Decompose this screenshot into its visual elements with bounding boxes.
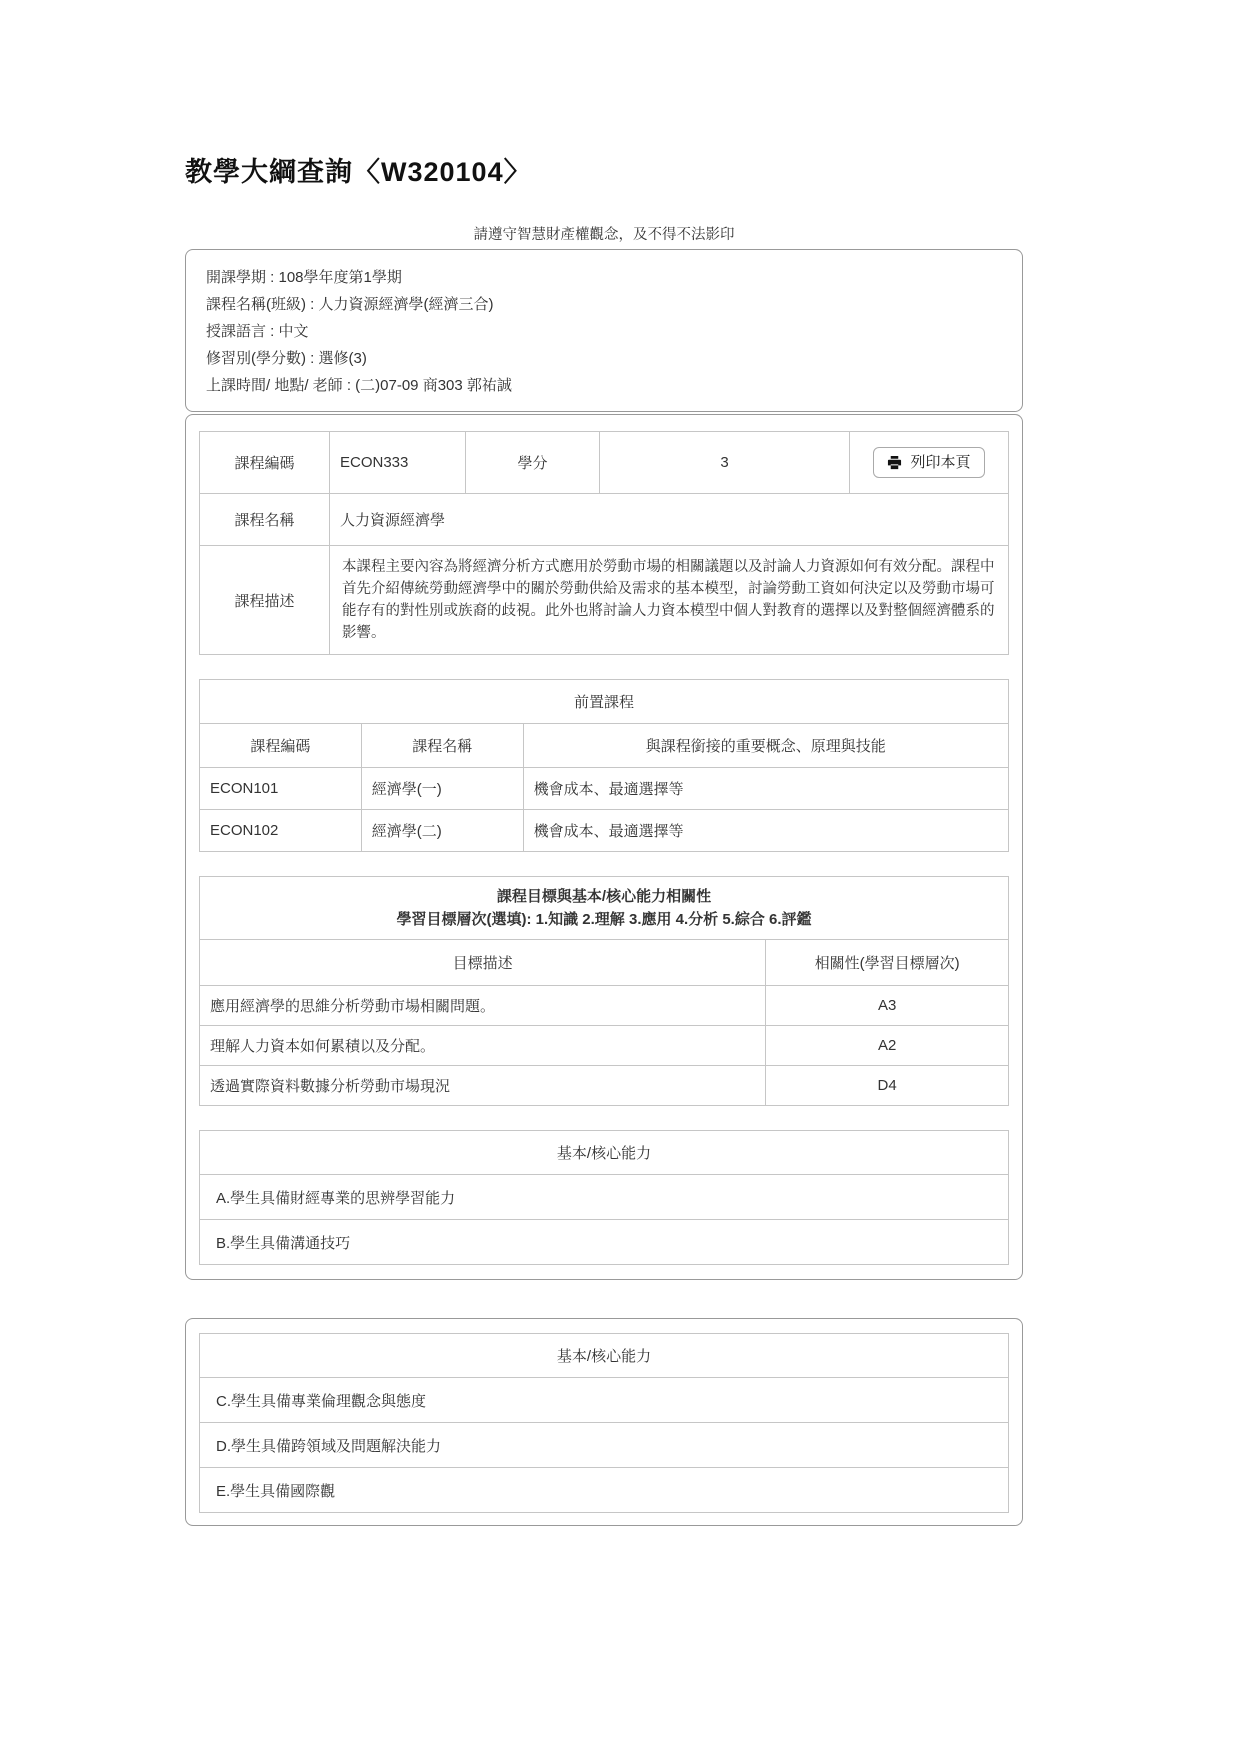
objectives-header-desc: 目標描述 — [200, 940, 766, 986]
spacer — [199, 852, 1009, 876]
table-row: 透過實際資料數據分析勞動市場現況 D4 — [200, 1066, 1009, 1106]
table-row: C.學生具備專業倫理觀念與態度 — [200, 1378, 1009, 1423]
prereq-code: ECON101 — [200, 768, 362, 810]
info-semester: 開課學期 : 108學年度第1學期 — [206, 264, 1002, 291]
prerequisites-table: 前置課程 課程編碼 課程名稱 與課程銜接的重要概念、原理與技能 ECON101 … — [199, 679, 1009, 852]
core-ability-item: B.學生具備溝通技巧 — [200, 1220, 1009, 1265]
course-code-value: ECON333 — [330, 432, 466, 494]
spacer — [199, 1106, 1009, 1130]
table-row: D.學生具備跨領域及問題解決能力 — [200, 1423, 1009, 1468]
course-name-value: 人力資源經濟學 — [330, 494, 1009, 546]
prereq-name: 經濟學(二) — [361, 810, 523, 852]
info-time-place-teacher: 上課時間/ 地點/ 老師 : (二)07-09 商303 郭祐誠 — [206, 372, 1002, 399]
table-row: 目標描述 相關性(學習目標層次) — [200, 940, 1009, 986]
course-desc-label: 課程描述 — [200, 546, 330, 655]
core-ability-item: A.學生具備財經專業的思辨學習能力 — [200, 1175, 1009, 1220]
objectives-title-cell: 課程目標與基本/核心能力相關性 學習目標層次(選填): 1.知識 2.理解 3.… — [200, 877, 1009, 940]
table-row: 課程編碼 課程名稱 與課程銜接的重要概念、原理與技能 — [200, 724, 1009, 768]
page-title: 教學大綱查詢〈W320104〉 — [185, 150, 532, 189]
table-row: 課程名稱 人力資源經濟學 — [200, 494, 1009, 546]
table-row: 課程描述 本課程主要內容為將經濟分析方式應用於勞動市場的相關議題以及討論人力資源… — [200, 546, 1009, 655]
info-language: 授課語言 : 中文 — [206, 318, 1002, 345]
course-desc-value: 本課程主要內容為將經濟分析方式應用於勞動市場的相關議題以及討論人力資源如何有效分… — [330, 546, 1009, 655]
objective-desc: 透過實際資料數據分析勞動市場現況 — [200, 1066, 766, 1106]
table-row: A.學生具備財經專業的思辨學習能力 — [200, 1175, 1009, 1220]
core-abilities-table-2: 基本/核心能力 C.學生具備專業倫理觀念與態度 D.學生具備跨領域及問題解決能力… — [199, 1333, 1009, 1513]
table-row: E.學生具備國際觀 — [200, 1468, 1009, 1513]
table-row: 理解人力資本如何累積以及分配。 A2 — [200, 1026, 1009, 1066]
table-row: 課程編碼 ECON333 學分 3 列印本頁 — [200, 432, 1009, 494]
course-code-label: 課程編碼 — [200, 432, 330, 494]
table-row: 應用經濟學的思維分析勞動市場相關問題。 A3 — [200, 986, 1009, 1026]
objectives-table: 課程目標與基本/核心能力相關性 學習目標層次(選填): 1.知識 2.理解 3.… — [199, 876, 1009, 1106]
table-row: B.學生具備溝通技巧 — [200, 1220, 1009, 1265]
table-row: 前置課程 — [200, 680, 1009, 724]
prereq-name: 經濟學(一) — [361, 768, 523, 810]
credits-value: 3 — [600, 432, 850, 494]
print-button-label: 列印本頁 — [910, 455, 970, 470]
objective-level: A2 — [766, 1026, 1009, 1066]
print-cell: 列印本頁 — [850, 432, 1009, 494]
table-row: 基本/核心能力 — [200, 1334, 1009, 1378]
spacer — [199, 655, 1009, 679]
prereq-code: ECON102 — [200, 810, 362, 852]
copyright-notice: 請遵守智慧財產權觀念，及不得不法影印 — [185, 223, 1023, 244]
core-ability-item: D.學生具備跨領域及問題解決能力 — [200, 1423, 1009, 1468]
prereq-header-name: 課程名稱 — [361, 724, 523, 768]
course-basic-table: 課程編碼 ECON333 學分 3 列印本頁 課程名稱 人力資源經濟學 課程描述… — [199, 431, 1009, 655]
objectives-title: 課程目標與基本/核心能力相關性 — [210, 885, 998, 908]
table-row: ECON101 經濟學(一) 機會成本、最適選擇等 — [200, 768, 1009, 810]
prerequisites-title: 前置課程 — [200, 680, 1009, 724]
core-abilities-title: 基本/核心能力 — [200, 1334, 1009, 1378]
core-abilities-title: 基本/核心能力 — [200, 1131, 1009, 1175]
objective-desc: 應用經濟學的思維分析勞動市場相關問題。 — [200, 986, 766, 1026]
objective-desc: 理解人力資本如何累積以及分配。 — [200, 1026, 766, 1066]
core-abilities-box-2: 基本/核心能力 C.學生具備專業倫理觀念與態度 D.學生具備跨領域及問題解決能力… — [185, 1318, 1023, 1526]
objective-level: A3 — [766, 986, 1009, 1026]
table-row: 課程目標與基本/核心能力相關性 學習目標層次(選填): 1.知識 2.理解 3.… — [200, 877, 1009, 940]
table-row: ECON102 經濟學(二) 機會成本、最適選擇等 — [200, 810, 1009, 852]
core-abilities-table-1: 基本/核心能力 A.學生具備財經專業的思辨學習能力 B.學生具備溝通技巧 — [199, 1130, 1009, 1265]
prereq-header-code: 課程編碼 — [200, 724, 362, 768]
table-row: 基本/核心能力 — [200, 1131, 1009, 1175]
credits-label: 學分 — [466, 432, 600, 494]
course-summary-box: 開課學期 : 108學年度第1學期 課程名稱(班級) : 人力資源經濟學(經濟三… — [185, 249, 1023, 412]
objectives-header-rel: 相關性(學習目標層次) — [766, 940, 1009, 986]
objectives-subtitle: 學習目標層次(選填): 1.知識 2.理解 3.應用 4.分析 5.綜合 6.評… — [210, 908, 998, 931]
print-page-button[interactable]: 列印本頁 — [873, 447, 984, 478]
prereq-header-concepts: 與課程銜接的重要概念、原理與技能 — [523, 724, 1008, 768]
info-course-name-class: 課程名稱(班級) : 人力資源經濟學(經濟三合) — [206, 291, 1002, 318]
course-name-label: 課程名稱 — [200, 494, 330, 546]
syllabus-detail-box: 課程編碼 ECON333 學分 3 列印本頁 課程名稱 人力資源經濟學 課程描述… — [185, 414, 1023, 1280]
core-ability-item: E.學生具備國際觀 — [200, 1468, 1009, 1513]
prereq-concepts: 機會成本、最適選擇等 — [523, 768, 1008, 810]
prereq-concepts: 機會成本、最適選擇等 — [523, 810, 1008, 852]
printer-icon — [887, 455, 902, 470]
info-credit-type: 修習別(學分數) : 選修(3) — [206, 345, 1002, 372]
core-ability-item: C.學生具備專業倫理觀念與態度 — [200, 1378, 1009, 1423]
objective-level: D4 — [766, 1066, 1009, 1106]
